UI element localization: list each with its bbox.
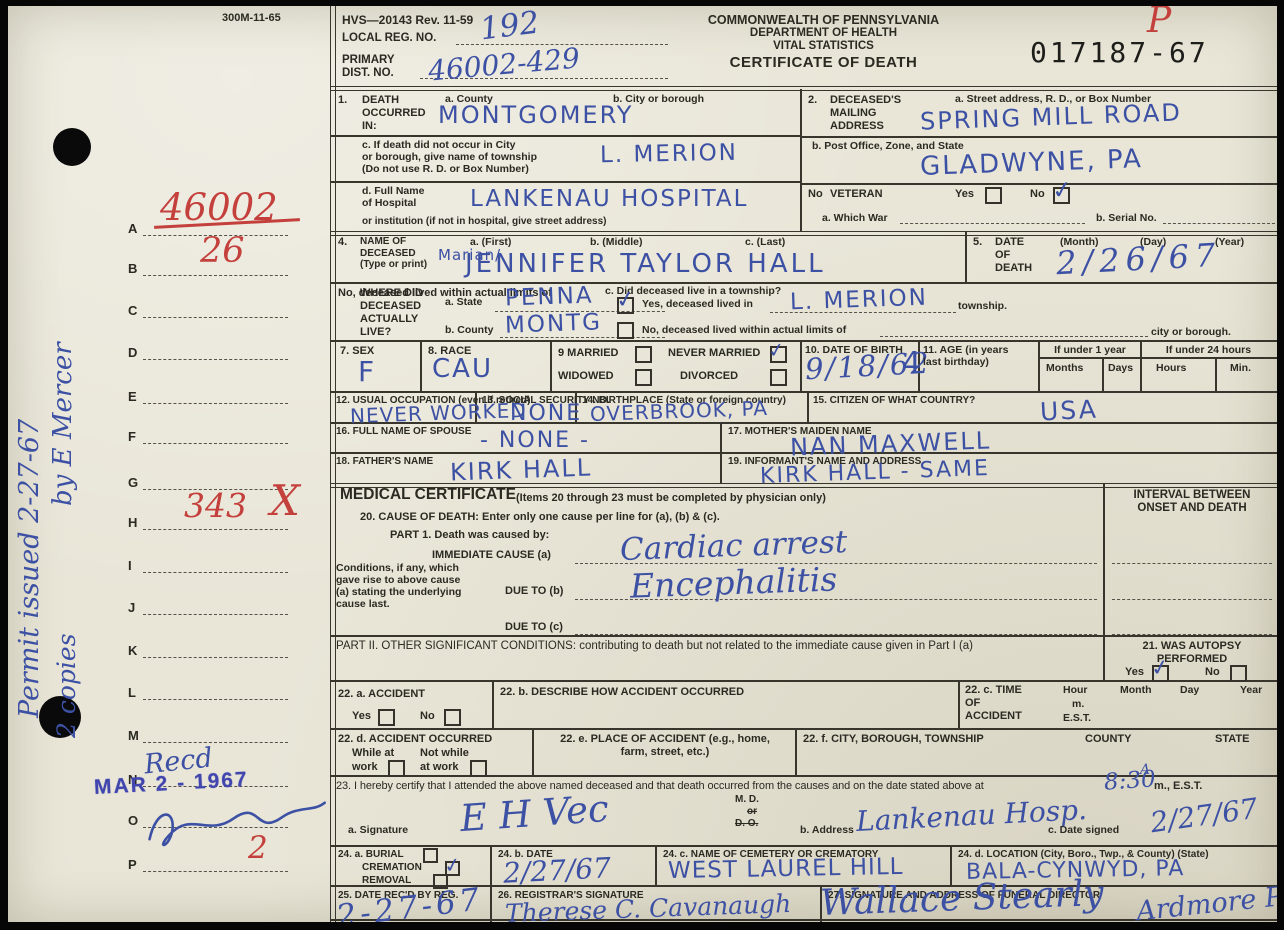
married-label: 9 MARRIED <box>558 347 619 360</box>
sec4-bottom-rule <box>330 282 1277 284</box>
divider <box>720 422 722 452</box>
sec1-sec2-divider <box>800 89 802 232</box>
divider <box>795 728 797 775</box>
veteran-no-label: No <box>1030 188 1045 201</box>
index-letter: E <box>128 390 137 403</box>
months-label: Months <box>1046 362 1083 374</box>
scanned-death-certificate: 300M-11-65 Permit issued 2-27-67 by E Me… <box>0 0 1284 930</box>
field5-number: 5. <box>973 236 982 249</box>
department-line: DEPARTMENT OF HEALTH <box>676 27 971 40</box>
checkmark-icon: ✓ <box>1050 175 1074 206</box>
hole-punch-top <box>53 128 91 166</box>
field2-number: 2. <box>808 94 817 107</box>
township-no-label: No, deceased lived within actual limits … <box>642 324 846 336</box>
dist-no-label: DIST. NO. <box>342 67 394 80</box>
field1a-value: MONTGOMERY <box>438 101 633 129</box>
field16-label: 16. FULL NAME OF SPOUSE <box>336 426 471 438</box>
field18-label: 18. FATHER'S NAME <box>336 456 433 468</box>
divider <box>1102 357 1104 391</box>
medical-certificate-title: MEDICAL CERTIFICATE <box>340 488 516 501</box>
widowed-checkbox <box>635 369 652 386</box>
burial-label: 24. a. BURIAL <box>338 849 404 861</box>
index-line <box>143 572 288 573</box>
township-value: L. MERION <box>790 285 929 316</box>
not-at-work-checkbox <box>470 760 487 777</box>
agency-header: COMMONWEALTH OF PENNSYLVANIA DEPARTMENT … <box>676 14 971 69</box>
index-letter: J <box>128 601 135 614</box>
checkmark-icon: ✓ <box>766 337 786 363</box>
field6a-label: a. State <box>445 296 482 308</box>
accident-county-label: COUNTY <box>1085 733 1131 746</box>
field15-label: 15. CITIZEN OF WHAT COUNTRY? <box>813 395 975 407</box>
day-label: Day <box>1180 684 1199 696</box>
local-reg-label: LOCAL REG. NO. <box>342 32 436 45</box>
not-while-label: Not while <box>420 747 469 760</box>
field1-number: 1. <box>338 94 347 107</box>
cause-of-death-label: 20. CAUSE OF DEATH: Enter only one cause… <box>360 511 720 524</box>
est-label: E.S.T. <box>1063 712 1091 724</box>
divider <box>490 845 492 885</box>
field3-label: VETERAN <box>830 188 883 201</box>
physician-signature: E H Vec <box>459 787 610 840</box>
index-letter: P <box>128 858 137 871</box>
address-label: b. Address <box>800 824 854 836</box>
sec6-bottom-rule <box>330 340 1277 342</box>
age-subheader-rule <box>1038 357 1277 359</box>
margin-permit-note: Permit issued 2-27-67 <box>14 268 45 718</box>
field1c-value: L. MERION <box>600 140 738 168</box>
index-line <box>143 317 288 318</box>
certify-statement: 23. I hereby certify that I attended the… <box>336 780 984 793</box>
field3a-label: a. Which War <box>822 212 888 224</box>
field4b-label: b. (Middle) <box>590 236 643 248</box>
divider <box>655 845 657 885</box>
divider <box>720 452 722 483</box>
township-no-checkbox <box>617 322 634 339</box>
index-letter: F <box>128 430 136 443</box>
min-label: Min. <box>1230 362 1251 374</box>
paper: 300M-11-65 Permit issued 2-27-67 by E Me… <box>8 6 1277 922</box>
sex-value: F <box>358 355 376 388</box>
date-of-death-value: 2/26/67 <box>1055 236 1222 283</box>
index-letter: D <box>128 346 137 359</box>
field5-label: DATE OF DEATH <box>995 236 1032 275</box>
township-suffix-label: township. <box>958 300 1007 312</box>
field1c-label: c. If death did not occur in City or bor… <box>362 139 537 175</box>
stub-form-code: 300M-11-65 <box>222 12 281 25</box>
red-annotation-h-x: X <box>270 476 300 525</box>
sec1-line <box>330 135 800 137</box>
part1-label: PART 1. Death was caused by: <box>390 529 549 542</box>
township-yes-label: Yes, deceased lived in <box>642 298 753 310</box>
index-letter: G <box>128 476 138 489</box>
index-line <box>143 699 288 700</box>
sec4-sec5-divider <box>965 231 967 282</box>
field2-label: DECEASED'S MAILING ADDRESS <box>830 94 901 133</box>
index-line <box>143 443 288 444</box>
accident-yes-label: Yes <box>352 710 371 723</box>
city-limits-line <box>880 336 1148 337</box>
time-of-death-sup: A <box>1140 762 1150 778</box>
field4-label: NAME OF DECEASED (Type or print) <box>360 236 427 271</box>
serial-no-line <box>1163 223 1275 224</box>
certificate-title: CERTIFICATE OF DEATH <box>676 56 971 69</box>
commonwealth-line: COMMONWEALTH OF PENNSYLVANIA <box>676 14 971 27</box>
divider <box>807 391 809 422</box>
veteran-yes-checkbox <box>985 187 1002 204</box>
index-line <box>143 359 288 360</box>
field4c-label: c. (Last) <box>745 236 785 248</box>
divider <box>492 680 494 728</box>
part2-bottom-rule <box>330 680 1277 682</box>
form-bottom-rule <box>330 919 1277 921</box>
while-at-label: While at <box>352 747 394 760</box>
autopsy-no-checkbox <box>1230 665 1247 682</box>
index-letter: L <box>128 686 136 699</box>
index-line <box>143 657 288 658</box>
interval-line-a <box>1112 563 1272 564</box>
field6b-value: MONTG <box>505 309 603 338</box>
do-label: D. O. <box>735 818 758 830</box>
accident-state-label: STATE <box>1215 733 1249 746</box>
part2-top-rule <box>330 635 1277 637</box>
father-name-value: KIRK HALL <box>450 454 593 487</box>
field6b-label: b. County <box>445 324 493 336</box>
hours-label: Hours <box>1156 362 1186 374</box>
index-letter: B <box>128 262 137 275</box>
days-label: Days <box>1108 362 1133 374</box>
place-of-accident-label: 22. e. PLACE OF ACCIDENT (e.g., home, fa… <box>540 733 790 759</box>
removal-label: REMOVAL <box>362 875 411 887</box>
md-label: M. D. <box>735 794 759 806</box>
header-rule <box>330 86 1277 91</box>
index-letter: H <box>128 516 137 529</box>
while-at-work-checkbox <box>388 760 405 777</box>
divorced-label: DIVORCED <box>680 370 738 383</box>
burial-checkbox <box>423 848 438 863</box>
divider <box>550 340 552 391</box>
field1d-label: d. Full Name of Hospital <box>362 185 424 209</box>
interval-line-b <box>1112 599 1272 600</box>
index-letter: I <box>128 559 132 572</box>
form-number: HVS—20143 Rev. 11-59 <box>342 14 473 27</box>
divider <box>532 728 534 775</box>
index-line <box>143 275 288 276</box>
row7-bottom-rule <box>330 391 1277 393</box>
age-value: 4 <box>902 346 923 381</box>
divider <box>420 340 422 391</box>
date-signed-label: c. Date signed <box>1048 824 1119 836</box>
index-letter: O <box>128 814 138 827</box>
sec2-line <box>800 183 1277 185</box>
autopsy-label: 21. WAS AUTOPSY PERFORMED <box>1111 640 1273 666</box>
field11-label: 11. AGE (in years last birthday) <box>923 344 1008 368</box>
index-letter: K <box>128 644 137 657</box>
deceased-name-value: JENNIFER TAYLOR HALL <box>465 249 826 279</box>
due-to-b-label: DUE TO (b) <box>505 585 563 598</box>
autopsy-no-label: No <box>1205 666 1220 679</box>
autopsy-yes-label: Yes <box>1125 666 1144 679</box>
accident-no-label: No <box>420 710 435 723</box>
city-or-borough-label: city or borough. <box>1151 326 1231 338</box>
dist-no-value: 46002-429 <box>427 41 581 87</box>
work-label: work <box>352 761 378 774</box>
interval-label: INTERVAL BETWEEN ONSET AND DEATH <box>1111 489 1273 515</box>
row23-bottom-rule <box>330 845 1277 847</box>
widowed-label: WIDOWED <box>558 370 614 383</box>
certificate-number: 017187-67 <box>1030 36 1209 69</box>
autopsy-divider <box>1103 635 1105 680</box>
interval-column-divider <box>1103 483 1105 635</box>
divider <box>1215 357 1217 391</box>
accident-yes-checkbox <box>378 709 395 726</box>
m-est-label: m., E.S.T. <box>1154 780 1202 793</box>
which-war-line <box>900 223 1085 224</box>
conditions-label: Conditions, if any, which gave rise to a… <box>336 562 461 610</box>
index-line <box>143 403 288 404</box>
divorced-checkbox <box>770 369 787 386</box>
medical-certificate-note: (Items 20 through 23 must be completed b… <box>516 492 826 505</box>
year-label: Year <box>1240 684 1262 696</box>
index-line <box>143 529 288 530</box>
citizen-value: USA <box>1039 395 1098 427</box>
spouse-value: - NONE - <box>480 428 590 453</box>
index-letter: C <box>128 304 137 317</box>
field3b-label: b. Serial No. <box>1096 212 1157 224</box>
index-line <box>143 742 288 743</box>
accident-label: 22. a. ACCIDENT <box>338 688 425 701</box>
field6-label: WHERE DID DECEASED ACTUALLY LIVE? <box>360 287 423 339</box>
divider <box>958 680 960 728</box>
immediate-cause-label: IMMEDIATE CAUSE (a) <box>432 549 551 562</box>
date-signed-value: 2/27/67 <box>1148 792 1259 840</box>
veteran-yes-label: Yes <box>955 188 974 201</box>
field4-number: 4. <box>338 236 347 249</box>
accident-city-label: 22. f. CITY, BOROUGH, TOWNSHIP <box>803 733 984 746</box>
date-received-value: 2-27-67 <box>334 881 485 922</box>
sec2-line <box>800 136 1277 138</box>
field1d-sublabel: or institution (if not in hospital, give… <box>362 216 606 228</box>
field1d-value: LANKENAU HOSPITAL <box>470 186 748 212</box>
cremation-label: CREMATION <box>362 862 422 874</box>
never-married-label: NEVER MARRIED <box>668 347 760 360</box>
part2-label: PART II. OTHER SIGNIFICANT CONDITIONS: c… <box>336 640 1096 653</box>
red-annotation-h: 343 <box>184 486 247 525</box>
hour-label: Hour <box>1063 684 1088 696</box>
row22abc-bottom-rule <box>330 728 1277 730</box>
field6a-value: PENNA <box>505 282 594 311</box>
under-1-year-label: If under 1 year <box>1040 344 1140 356</box>
index-letter: A <box>128 222 137 235</box>
local-reg-value: 192 <box>478 6 541 47</box>
month-label: Month <box>1120 684 1152 696</box>
at-work-label: at work <box>420 761 459 774</box>
married-checkbox <box>635 346 652 363</box>
sec1-line <box>330 181 800 183</box>
burial-date-value: 2/27/67 <box>502 851 612 890</box>
ssn-value: NONE <box>510 401 582 426</box>
field1-label: DEATH OCCURRED IN: <box>362 94 426 133</box>
due-to-c-label: DUE TO (c) <box>505 621 563 634</box>
or-label: or <box>747 806 757 818</box>
divider <box>490 885 492 922</box>
margin-copies-note: 2 copies <box>52 563 81 738</box>
describe-accident-label: 22. b. DESCRIBE HOW ACCIDENT OCCURRED <box>500 686 744 699</box>
m-label: m. <box>1072 698 1084 710</box>
field2b-value: GLADWYNE, PA <box>920 144 1144 182</box>
signature-label: a. Signature <box>348 824 408 836</box>
divider <box>800 340 802 391</box>
index-line <box>143 871 288 872</box>
primary-label: PRIMARY <box>342 54 395 67</box>
time-of-accident-label: 22. c. TIME OF ACCIDENT <box>965 684 1022 723</box>
index-line <box>143 614 288 615</box>
accident-no-checkbox <box>444 709 461 726</box>
margin-permit-by-note: by E Mercer <box>48 206 78 506</box>
index-letter: M <box>128 729 139 742</box>
field3-number: No <box>808 188 823 201</box>
cemetery-value: WEST LAUREL HILL <box>668 854 904 884</box>
red-annotation-b: 26 <box>200 231 245 271</box>
vital-statistics-line: VITAL STATISTICS <box>676 40 971 53</box>
accident-occurred-label: 22. d. ACCIDENT OCCURRED <box>338 733 492 746</box>
cause-b-value: Encephalitis <box>629 559 838 605</box>
race-value: CAU <box>432 354 493 384</box>
under-24-hours-label: If under 24 hours <box>1142 344 1275 356</box>
